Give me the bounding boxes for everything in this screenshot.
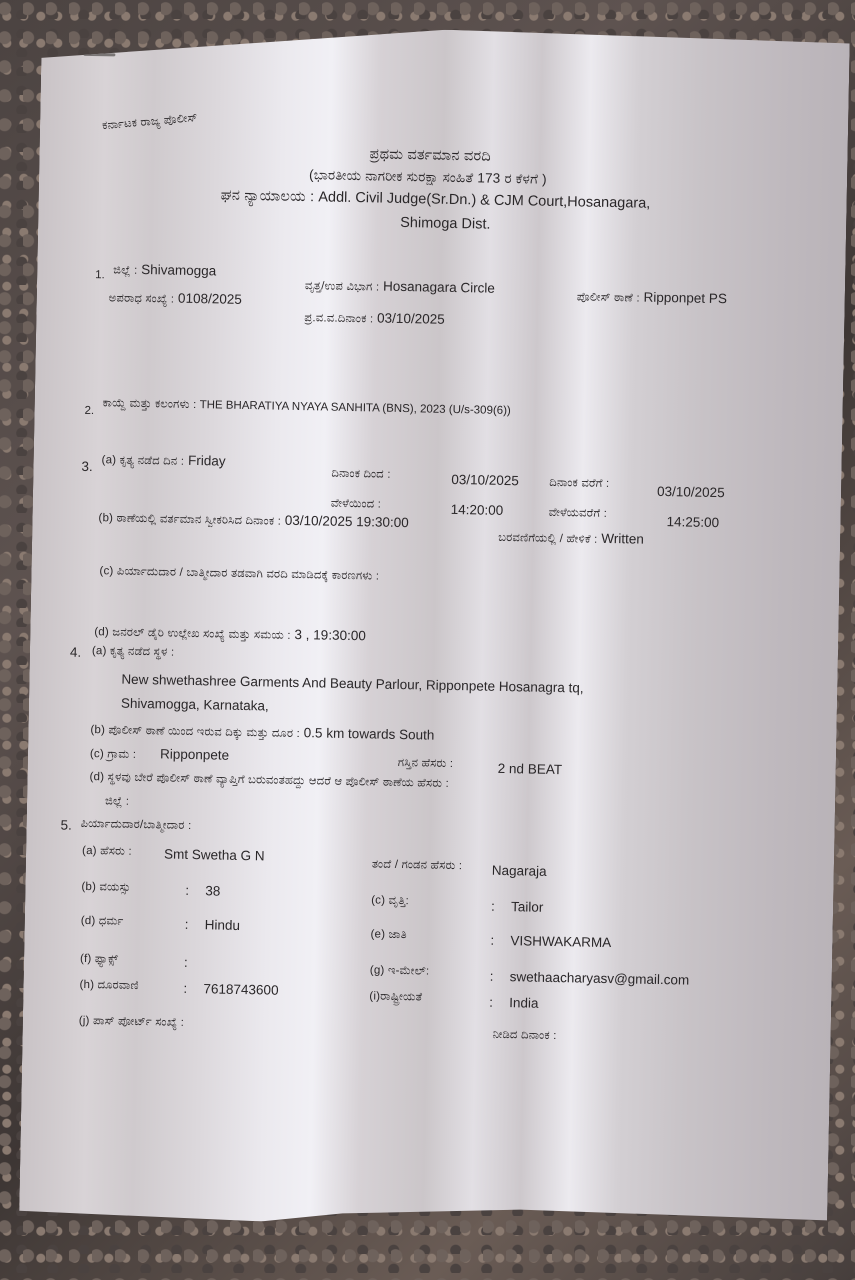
occupation-label: (c) ವೃತ್ತಿ: bbox=[371, 894, 409, 908]
crime-number-field: ಅಪರಾಧ ಸಂಖ್ಯೆ : 0108/2025 bbox=[109, 289, 242, 308]
document-subtitle: (ಭಾರತೀಯ ನಾಗರೀಕ ಸುರಕ್ಷಾ ಸಂಹಿತೆ 173 ರ ಕೆಳಗ… bbox=[309, 167, 547, 188]
age-value: 38 bbox=[205, 883, 220, 898]
fir-date-value: 03/10/2025 bbox=[377, 310, 445, 326]
court-label: ಘನ ನ್ಯಾಯಾಲಯ : bbox=[221, 187, 315, 205]
received-date-label: (b) ಠಾಣೆಯಲ್ಲಿ ವರ್ತಮಾನ ಸ್ವೀಕರಿಸಿದ ದಿನಾಂಕ … bbox=[98, 512, 281, 528]
name-value: Smt Swetha G N bbox=[164, 846, 265, 863]
fax-colon: : bbox=[184, 955, 188, 970]
time-to-label: ವೇಳೆಯವರೆಗೆ : bbox=[549, 507, 608, 521]
incident-day-label: (a) ಕೃತ್ಯ ನಡೆದ ದಿನ : bbox=[101, 454, 184, 468]
village-value: Ripponpete bbox=[160, 746, 229, 762]
other-station-district-label: ಜಿಲ್ಲೆ : bbox=[105, 795, 129, 808]
beat-label: ಗಸ್ತಿನ ಹೆಸರು : bbox=[398, 757, 454, 771]
report-mode-value: Written bbox=[601, 531, 644, 547]
circle-value: Hosanagara Circle bbox=[383, 279, 495, 296]
email-colon: : bbox=[490, 969, 494, 984]
incident-day-value: Friday bbox=[188, 453, 226, 469]
occupation-value: Tailor bbox=[511, 899, 544, 915]
time-from-value: 14:20:00 bbox=[451, 502, 504, 518]
date-to-label: ದಿನಾಂಕ ವರೆಗೆ : bbox=[549, 477, 609, 491]
fir-date-label: ಪ್ರ.ವ.ವ.ದಿನಾಂಕ : bbox=[304, 312, 373, 325]
acts-value: THE BHARATIYA NYAYA SANHITA (BNS), 2023 … bbox=[200, 399, 511, 417]
date-to-value: 03/10/2025 bbox=[657, 484, 725, 500]
phone-label: (h) ದೂರವಾಣಿ bbox=[79, 979, 139, 993]
village-label: (c) ಗ್ರಾಮ : bbox=[90, 748, 137, 761]
general-diary-label: (d) ಜನರಲ್ ಡೈರಿ ಉಲ್ಲೇಖ ಸಂಖ್ಯೆ ಮತ್ತು ಸಮಯ : bbox=[94, 626, 291, 642]
religion-value: Hindu bbox=[205, 917, 241, 933]
complainant-heading: ಪಿರ್ಯಾದುದಾರ/ಬಾತ್ಮೀದಾರ : bbox=[80, 818, 191, 833]
father-husband-name-value: Nagaraja bbox=[492, 863, 547, 879]
general-diary-field: (d) ಜನರಲ್ ಡೈರಿ ಉಲ್ಲೇಖ ಸಂಖ್ಯೆ ಮತ್ತು ಸಮಯ :… bbox=[94, 623, 366, 644]
staple-mark bbox=[83, 53, 115, 57]
report-mode-label: ಬರವಣಿಗೆಯಲ್ಲಿ / ಹೇಳಿಕೆ : bbox=[498, 532, 598, 546]
circle-label: ವೃತ್ತ/ಉಪ ವಿಭಾಗ : bbox=[305, 280, 380, 293]
crime-number-label: ಅಪರಾಧ ಸಂಖ್ಯೆ : bbox=[109, 292, 175, 305]
police-station-label: ಪೊಲೀಸ್ ಠಾಣೆ : bbox=[577, 291, 640, 304]
district-field: ಜಿಲ್ಲೆ : Shivamogga bbox=[113, 261, 216, 279]
district-value: Shivamogga bbox=[141, 262, 216, 278]
nationality-colon: : bbox=[489, 995, 493, 1010]
occupation-colon: : bbox=[491, 899, 495, 914]
fir-date-field: ಪ್ರ.ವ.ವ.ದಿನಾಂಕ : 03/10/2025 bbox=[304, 309, 445, 328]
acts-field: ಕಾಯ್ದೆ ಮತ್ತು ಕಲಂಗಳು : THE BHARATIYA NYAY… bbox=[103, 397, 511, 418]
crime-number-value: 0108/2025 bbox=[178, 291, 242, 307]
passport-number-label: (j) ಪಾಸ್ ಪೋರ್ಟ್ ಸಂಖ್ಯೆ : bbox=[79, 1015, 184, 1030]
phone-colon: : bbox=[183, 981, 187, 996]
general-diary-value: 3 , 19:30:00 bbox=[294, 627, 366, 643]
direction-distance-label: (b) ಪೊಲೀಸ್ ಠಾಣೆ ಯಿಂದ ಇರುವ ದಿಕ್ಕು ಮತ್ತು ದ… bbox=[90, 724, 300, 740]
incident-day-field: (a) ಕೃತ್ಯ ನಡೆದ ದಿನ : Friday bbox=[101, 451, 225, 469]
beat-value: 2 nd BEAT bbox=[498, 761, 563, 777]
district-label: ಜಿಲ್ಲೆ : bbox=[113, 264, 137, 276]
caste-value: VISHWAKARMA bbox=[510, 933, 611, 950]
nationality-label: (i)ರಾಷ್ಟ್ರೀಯತೆ bbox=[369, 990, 422, 1004]
age-label: (b) ವಯಸ್ಸು bbox=[81, 881, 130, 895]
incident-place-line1: New shwethashree Garments And Beauty Par… bbox=[121, 672, 583, 696]
report-mode-field: ಬರವಣಿಗೆಯಲ್ಲಿ / ಹೇಳಿಕೆ : Written bbox=[498, 529, 644, 548]
phone-value: 7618743600 bbox=[203, 981, 278, 997]
section-3-number: 3. bbox=[81, 459, 93, 474]
fax-label: (f) ಫ್ಯಾಕ್ಸ್ bbox=[80, 953, 119, 967]
direction-distance-field: (b) ಪೊಲೀಸ್ ಠಾಣೆ ಯಿಂದ ಇರುವ ದಿಕ್ಕು ಮತ್ತು ದ… bbox=[90, 721, 434, 744]
email-label: (g) ಇ-ಮೇಲ್: bbox=[370, 964, 430, 978]
date-from-label: ದಿನಾಂಕ ದಿಂದ : bbox=[331, 468, 391, 482]
incident-place-line2: Shivamogga, Karnataka, bbox=[121, 696, 269, 714]
caste-colon: : bbox=[490, 933, 494, 948]
received-date-field: (b) ಠಾಣೆಯಲ್ಲಿ ವರ್ತಮಾನ ಸ್ವೀಕರಿಸಿದ ದಿನಾಂಕ … bbox=[98, 509, 409, 531]
court-district: Shimoga Dist. bbox=[400, 215, 491, 233]
village-field: (c) ಗ್ರಾಮ : Ripponpete bbox=[90, 745, 229, 764]
age-colon: : bbox=[185, 883, 189, 898]
direction-distance-value: 0.5 km towards South bbox=[304, 725, 435, 743]
fir-document-page: ಕರ್ನಾಟಕ ರಾಜ್ಯ ಪೊಲೀಸ್ ಪ್ರಥಮ ವರ್ತಮಾನ ವರದಿ … bbox=[19, 22, 850, 1232]
police-station-value: Ripponpet PS bbox=[643, 290, 727, 307]
name-label: (a) ಹೆಸರು : bbox=[82, 845, 132, 859]
received-date-value: 03/10/2025 19:30:00 bbox=[285, 513, 409, 530]
nationality-value: India bbox=[509, 995, 539, 1011]
acts-label: ಕಾಯ್ದೆ ಮತ್ತು ಕಲಂಗಳು : bbox=[103, 397, 197, 411]
other-station-label: (d) ಸ್ಥಳವು ಬೇರೆ ಪೊಲೀಸ್ ಠಾಣೆ ವ್ಯಾಪ್ತಿಗೆ ಬ… bbox=[89, 771, 449, 791]
document-title: ಪ್ರಥಮ ವರ್ತಮಾನ ವರದಿ bbox=[369, 146, 491, 164]
police-station-field: ಪೊಲೀಸ್ ಠಾಣೆ : Ripponpet PS bbox=[577, 288, 727, 307]
circle-field: ವೃತ್ತ/ಉಪ ವಿಭಾಗ : Hosanagara Circle bbox=[305, 277, 495, 297]
date-from-value: 03/10/2025 bbox=[451, 472, 519, 488]
header-karnataka-state-police: ಕರ್ನಾಟಕ ರಾಜ್ಯ ಪೊಲೀಸ್ bbox=[102, 112, 198, 133]
caste-label: (e) ಜಾತಿ bbox=[370, 928, 407, 942]
email-value: swethaacharyasv@gmail.com bbox=[510, 969, 690, 987]
time-from-label: ವೇಳೆಯಿಂದ : bbox=[331, 498, 382, 512]
time-to-value: 14:25:00 bbox=[666, 514, 719, 530]
delay-reason-label: (c) ಪಿರ್ಯಾದುದಾರ / ಬಾತ್ಮೀದಾರ ತಡವಾಗಿ ವರದಿ … bbox=[99, 565, 379, 583]
section-4-number: 4. bbox=[70, 645, 82, 660]
section-2-number: 2. bbox=[84, 405, 94, 417]
religion-label: (d) ಧರ್ಮ bbox=[81, 915, 124, 929]
court-value: Addl. Civil Judge(Sr.Dn.) & CJM Court,Ho… bbox=[318, 189, 650, 211]
father-husband-name-label: ತಂದೆ / ಗಂಡನ ಹೆಸರು : bbox=[372, 858, 463, 873]
section-5-number: 5. bbox=[60, 818, 72, 833]
section-1-number: 1. bbox=[95, 269, 105, 281]
religion-colon: : bbox=[185, 917, 189, 932]
passport-issue-date-label: ನೀಡಿದ ದಿನಾಂಕ : bbox=[493, 1029, 557, 1043]
court-line: ಘನ ನ್ಯಾಯಾಲಯ : Addl. Civil Judge(Sr.Dn.) … bbox=[221, 187, 651, 211]
incident-place-label: (a) ಕೃತ್ಯ ನಡೆದ ಸ್ಥಳ : bbox=[92, 645, 175, 660]
